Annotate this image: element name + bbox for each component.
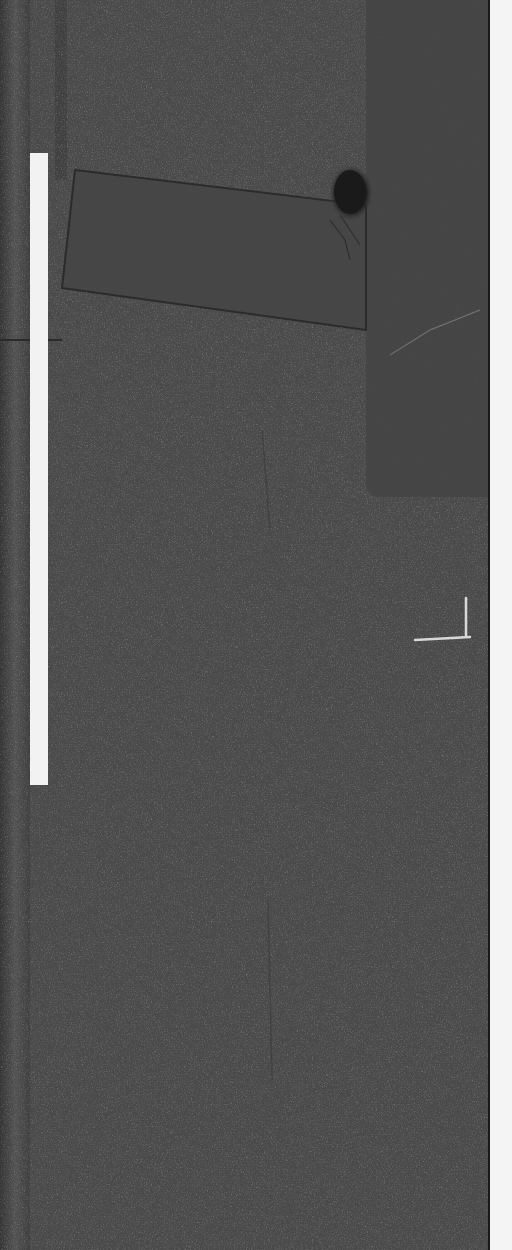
pavement-scene [0,0,512,1250]
shoulder-strip [490,0,512,1250]
pavement-features [0,0,512,1250]
lane-marking [30,153,48,785]
